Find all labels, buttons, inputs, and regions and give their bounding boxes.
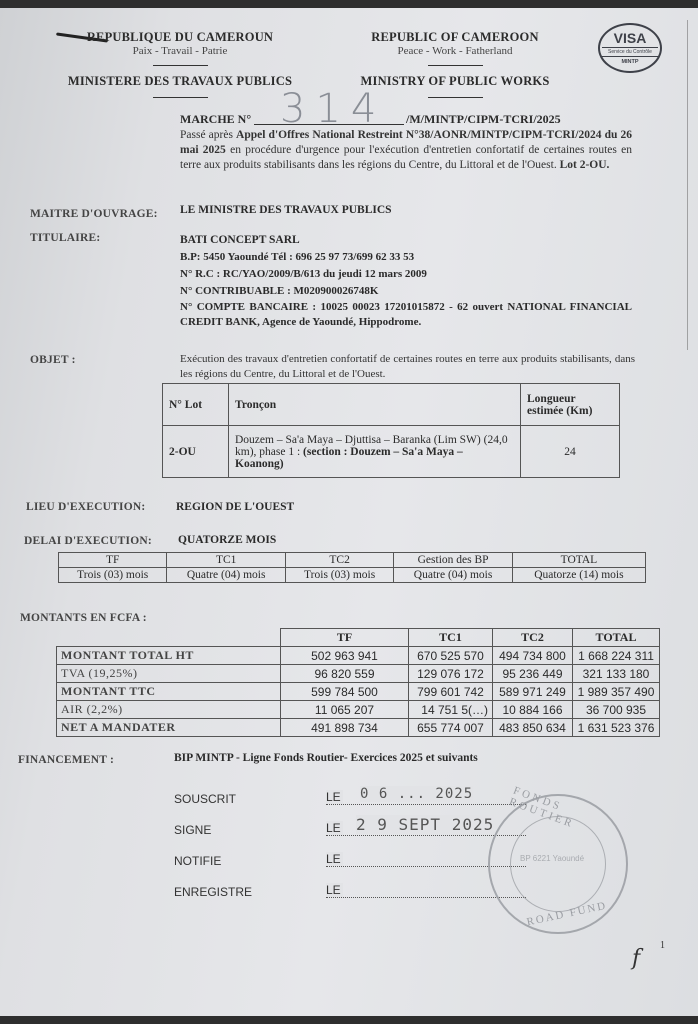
table-row: MONTANT TOTAL HT 502 963 941 670 525 570… (57, 647, 660, 665)
divider (153, 65, 208, 66)
motto-fr: Paix - Travail - Patrie (60, 45, 300, 57)
page-mark: 1 (660, 940, 665, 951)
row-label: TVA (19,25%) (57, 665, 281, 683)
amount-cell: 670 525 570 (409, 647, 493, 665)
financement-label: FINANCEMENT : (18, 754, 114, 766)
signature-prefix: LE (326, 821, 343, 835)
row-label: AIR (2,2%) (57, 701, 281, 719)
marche-label: MARCHE N° (180, 112, 251, 127)
delai-table: TF TC1 TC2 Gestion des BP TOTAL Trois (0… (58, 552, 646, 583)
signature-prefix: LE (326, 852, 343, 866)
ministry-fr: MINISTERE DES TRAVAUX PUBLICS (60, 74, 300, 89)
signature-label: SIGNE (174, 823, 211, 837)
lot-header-cell: N° Lot (163, 384, 229, 426)
montants-header-cell: TOTAL (573, 629, 660, 647)
blank-cell (57, 629, 281, 647)
handwritten-initials: f (632, 946, 640, 971)
lot-header-cell: Tronçon (229, 384, 521, 426)
titulaire-rc: N° R.C : RC/YAO/2009/B/613 du jeudi 12 m… (180, 266, 632, 283)
signature-date: 0 6 ... 2025 (360, 786, 473, 802)
table-row: 2-OU Douzem – Sa'a Maya – Djuttisa – Bar… (163, 426, 620, 478)
signature-row: ENREGISTRE LE (174, 881, 534, 912)
document-page: REPUBLIQUE DU CAMEROUN Paix - Travail - … (0, 8, 698, 1016)
table-row: MONTANT TTC 599 784 500 799 601 742 589 … (57, 683, 660, 701)
delai-header-row: TF TC1 TC2 Gestion des BP TOTAL (59, 553, 646, 568)
amount-cell: 502 963 941 (281, 647, 409, 665)
titulaire-name: BATI CONCEPT SARL (180, 232, 632, 249)
troncon-cell: Douzem – Sa'a Maya – Djuttisa – Baranka … (229, 426, 521, 478)
visa-stamp-band: Service du Contrôle (602, 47, 658, 57)
montants-header-cell: TC2 (493, 629, 573, 647)
divider (428, 97, 483, 98)
titulaire-block: BATI CONCEPT SARL B.P: 5450 Yaoundé Tél … (180, 232, 632, 330)
country-fr: REPUBLIQUE DU CAMEROUN (60, 30, 300, 45)
amount-cell: 10 884 166 (493, 701, 573, 719)
objet-label: OBJET : (30, 354, 76, 366)
page-fold-line (687, 20, 688, 350)
amount-cell: 11 065 207 (281, 701, 409, 719)
montants-header-row: TF TC1 TC2 TOTAL (57, 629, 660, 647)
divider (428, 65, 483, 66)
montants-label: MONTANTS EN FCFA : (20, 612, 147, 624)
delai-header-cell: TF (59, 553, 167, 568)
row-label: NET A MANDATER (57, 719, 281, 737)
lot-cell: 2-OU (163, 426, 229, 478)
delai-value: QUATORZE MOIS (178, 534, 276, 546)
lieu-label: LIEU D'EXECUTION: (26, 501, 145, 513)
delai-header-cell: TOTAL (512, 553, 645, 568)
amount-cell: 129 076 172 (409, 665, 493, 683)
titulaire-contribuable: N° CONTRIBUABLE : M020900026748K (180, 283, 632, 300)
row-label: MONTANT TOTAL HT (57, 647, 281, 665)
lot-table-header: N° Lot Tronçon Longueur estimée (Km) (163, 384, 620, 426)
signature-prefix: LE (326, 790, 343, 804)
amount-cell: 321 133 180 (573, 665, 660, 683)
lieu-value: REGION DE L'OUEST (176, 501, 294, 513)
amount-cell: 36 700 935 (573, 701, 660, 719)
table-row: TVA (19,25%) 96 820 559 129 076 172 95 2… (57, 665, 660, 683)
table-row: Trois (03) mois Quatre (04) mois Trois (… (59, 568, 646, 583)
header-left: REPUBLIQUE DU CAMEROUN Paix - Travail - … (60, 30, 300, 98)
contract-preamble: Passé après Appel d'Offres National Rest… (180, 128, 632, 173)
visa-stamp-sub: MINTP (600, 59, 660, 65)
maitre-ouvrage-row: MAITRE D'OUVRAGE: (30, 204, 158, 222)
delai-header-cell: Gestion des BP (394, 553, 512, 568)
financement-value: BIP MINTP - Ligne Fonds Routier- Exercic… (174, 752, 478, 764)
amount-cell: 494 734 800 (493, 647, 573, 665)
amount-cell: 95 236 449 (493, 665, 573, 683)
road-fund-stamp: FONDS ROUTIER BP 6221 Yaoundé ROAD FUND (488, 794, 628, 934)
marche-number-handwritten: 314 (280, 86, 386, 132)
marche-suffix: /M/MINTP/CIPM-TCRI/2025 (406, 112, 561, 127)
amount-cell: 96 820 559 (281, 665, 409, 683)
lot-table: N° Lot Tronçon Longueur estimée (Km) 2-O… (162, 383, 620, 478)
country-en: REPUBLIC OF CAMEROON (350, 30, 560, 45)
objet-text: Exécution des travaux d'entretien confor… (180, 352, 635, 382)
montants-table: TF TC1 TC2 TOTAL MONTANT TOTAL HT 502 96… (56, 628, 660, 737)
amount-cell: 799 601 742 (409, 683, 493, 701)
longueur-cell: 24 (521, 426, 620, 478)
amount-cell: 655 774 007 (409, 719, 493, 737)
signature-label: SOUSCRIT (174, 792, 236, 806)
maitre-ouvrage-label: MAITRE D'OUVRAGE: (30, 208, 158, 220)
signature-prefix: LE (326, 883, 343, 897)
delai-header-cell: TC1 (167, 553, 285, 568)
motto-en: Peace - Work - Fatherland (350, 45, 560, 57)
amount-cell: 1 668 224 311 (573, 647, 660, 665)
delai-label: DELAI D'EXECUTION: (24, 535, 152, 547)
table-row: AIR (2,2%) 11 065 207 14 751 5(…) 10 884… (57, 701, 660, 719)
delai-value-cell: Quatre (04) mois (167, 568, 285, 583)
titulaire-label: TITULAIRE: (30, 232, 100, 244)
signature-row: SIGNE LE 2 9 SEPT 2025 (174, 819, 534, 850)
montants-header-cell: TF (281, 629, 409, 647)
titulaire-compte: N° COMPTE BANCAIRE : 10025 00023 1720101… (180, 300, 632, 330)
delai-header-cell: TC2 (285, 553, 393, 568)
amount-cell: 483 850 634 (493, 719, 573, 737)
signature-row: NOTIFIE LE (174, 850, 534, 881)
signature-label: ENREGISTRE (174, 885, 252, 899)
amount-cell: 1 989 357 490 (573, 683, 660, 701)
preamble-lot: Lot 2-OU. (560, 159, 610, 171)
maitre-ouvrage-value: LE MINISTRE DES TRAVAUX PUBLICS (180, 204, 392, 216)
visa-stamp: VISA Service du Contrôle MINTP (598, 23, 662, 73)
amount-cell: 1 631 523 376 (573, 719, 660, 737)
amount-cell: 599 784 500 (281, 683, 409, 701)
preamble-text: Passé après (180, 129, 236, 141)
delai-value-cell: Trois (03) mois (285, 568, 393, 583)
amount-cell: 491 898 734 (281, 719, 409, 737)
signature-label: NOTIFIE (174, 854, 221, 868)
divider (153, 97, 208, 98)
delai-value-cell: Quatre (04) mois (394, 568, 512, 583)
amount-cell: 589 971 249 (493, 683, 573, 701)
row-label: MONTANT TTC (57, 683, 281, 701)
stamp-middle-text: BP 6221 Yaoundé (520, 854, 584, 863)
delai-value-cell: Quatorze (14) mois (512, 568, 645, 583)
amount-cell: 14 751 5(…) (409, 701, 493, 719)
delai-value-cell: Trois (03) mois (59, 568, 167, 583)
visa-stamp-title: VISA (600, 30, 660, 46)
lot-header-cell: Longueur estimée (Km) (521, 384, 620, 426)
signature-date: 2 9 SEPT 2025 (356, 815, 494, 834)
table-row: NET A MANDATER 491 898 734 655 774 007 4… (57, 719, 660, 737)
titulaire-address: B.P: 5450 Yaoundé Tél : 696 25 97 73/699… (180, 249, 632, 266)
montants-header-cell: TC1 (409, 629, 493, 647)
signature-block: SOUSCRIT LE 0 6 ... 2025 SIGNE LE 2 9 SE… (174, 788, 534, 912)
